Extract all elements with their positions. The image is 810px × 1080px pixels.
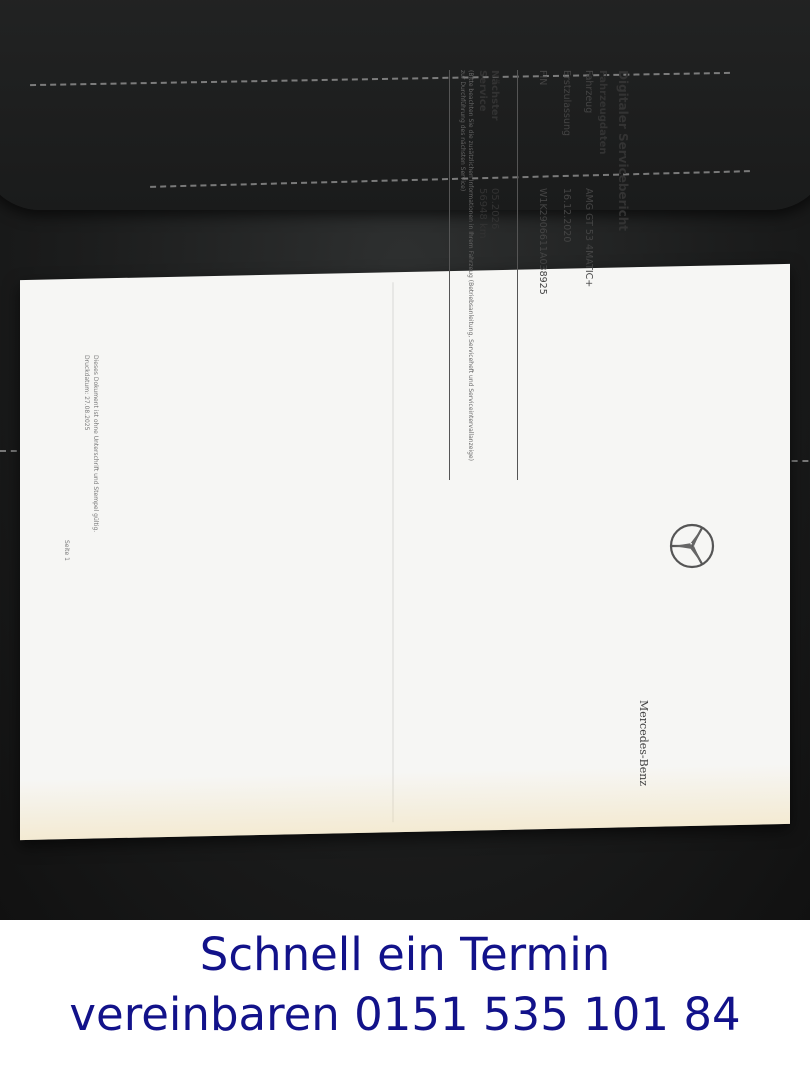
data-row: FIN W1K2906611A038925: [537, 70, 548, 85]
brand-wordmark: Mercedes-Benz: [637, 700, 650, 786]
validity-note: Dieses Dokument ist ohne Unterschrift un…: [82, 355, 100, 532]
caption-line-1: Schnell ein Termin: [0, 925, 810, 985]
next-service-value: 05.2026 56948 km: [476, 188, 500, 239]
next-service-label: Nächster Service: [476, 70, 500, 121]
data-row: Fahrzeug AMG GT 53 4MATIC+: [583, 70, 594, 113]
divider: [449, 70, 450, 480]
appointment-caption: Schnell ein Termin vereinbaren 0151 535 …: [0, 925, 810, 1045]
mercedes-star-icon: [668, 522, 716, 570]
divider: [517, 70, 518, 480]
document-title: Digitaler Servicebericht: [616, 70, 630, 231]
data-row: Erstzulassung 16.12.2020: [561, 70, 572, 136]
service-note: (Bitte beachten Sie die zusätzlichen Inf…: [458, 70, 474, 470]
caption-line-2: vereinbaren 0151 535 101 84: [0, 985, 810, 1045]
service-report-content: Digitaler Servicebericht Fahrzeugdaten F…: [260, 10, 630, 570]
photo: Digitaler Servicebericht Fahrzeugdaten F…: [0, 0, 810, 920]
page-number: Seite 1: [63, 540, 70, 561]
section-heading: Fahrzeugdaten: [597, 70, 608, 155]
